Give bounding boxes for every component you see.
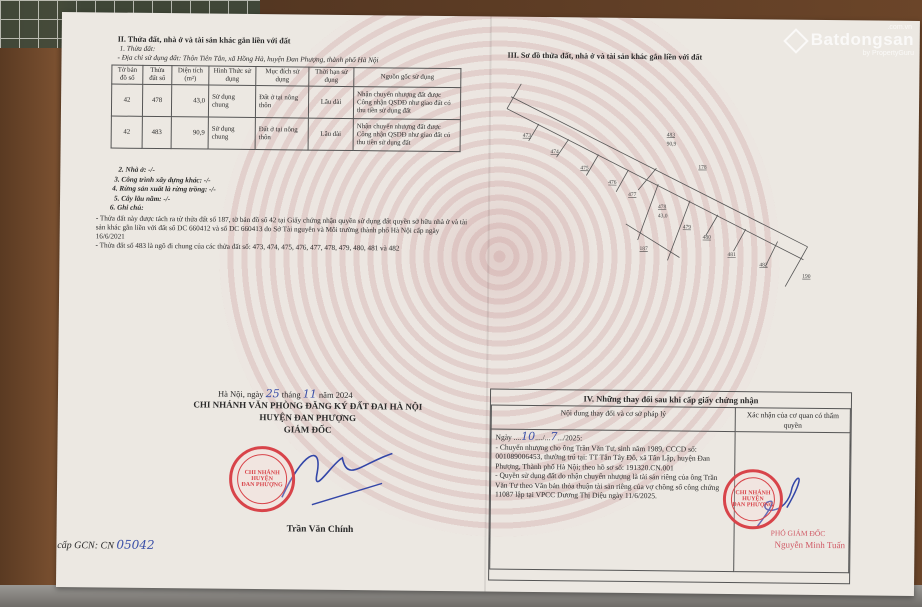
cell: Nhận chuyển nhượng đất được Công nhận QS… xyxy=(353,87,460,120)
batdongsan-logo-icon xyxy=(783,28,808,53)
change-content: Ngày ....10..../...7.../2025: - Chuyển n… xyxy=(490,429,736,572)
stamp-text: ĐAN PHƯỢNG xyxy=(241,482,282,488)
svg-text:475: 475 xyxy=(580,165,589,171)
stamp-text: HUYỆN xyxy=(742,496,764,502)
cell: Lâu dài xyxy=(308,118,353,150)
change-month: 7 xyxy=(550,430,557,443)
svg-text:478: 478 xyxy=(658,204,667,210)
stamp-text: ĐAN PHƯỢNG xyxy=(732,502,773,508)
svg-text:481: 481 xyxy=(727,252,736,258)
svg-text:480: 480 xyxy=(703,235,712,241)
col-confirm-header: Xác nhận của cơ quan có thẩm quyền xyxy=(735,408,850,433)
cell: Đất ở tại nông thôn xyxy=(255,86,308,119)
land-certificate-page: II. Thửa đất, nhà ở và tài sản khác gắn … xyxy=(56,12,920,596)
svg-text:190: 190 xyxy=(802,274,811,280)
svg-text:483: 483 xyxy=(667,132,676,138)
svg-text:178: 178 xyxy=(698,165,707,171)
year-label: năm 2024 xyxy=(319,390,353,400)
item-planted-forest: 4. Rừng sản xuất là rừng trồng: -/- xyxy=(108,184,216,195)
svg-text:473: 473 xyxy=(523,133,532,139)
watermark-domain: .com.vn xyxy=(887,24,912,31)
date-prefix: Ngày .... xyxy=(496,433,522,442)
stamp-text: HUYỆN xyxy=(251,476,273,482)
notes: - Thửa đất này được tách ra từ thửa đất … xyxy=(96,214,468,254)
change-entry-2: - Quyền sử dụng đất do nhận chuyển nhượn… xyxy=(495,471,730,502)
change-entry-1: - Chuyển nhượng cho ông Trần Văn Tư, sin… xyxy=(495,442,730,473)
section-2-sub1: 1. Thửa đất: xyxy=(120,45,156,54)
cell: Sử dụng chung xyxy=(208,117,255,149)
item-house: 2. Nhà ở: -/- xyxy=(108,165,216,176)
position: GIÁM ĐỐC xyxy=(158,422,458,437)
cell: 43,0 xyxy=(171,85,208,117)
land-parcel-table: Tờ bản đồ số Thửa đất số Diện tích (m²) … xyxy=(111,65,462,153)
svg-text:187: 187 xyxy=(640,246,649,252)
section-2-title: II. Thửa đất, nhà ở và tài sản khác gắn … xyxy=(118,35,291,46)
land-address: - Địa chỉ sử dụng đất: Thôn Tiên Tân, xã… xyxy=(117,54,378,66)
svg-text:90,9: 90,9 xyxy=(667,141,677,147)
col-term: Thời hạn sử dụng xyxy=(309,67,354,86)
cell: Nhận chuyển nhượng đất được Công nhận QS… xyxy=(353,119,460,152)
col-parcel-no: Thửa đất số xyxy=(143,65,172,84)
item-notes-label: 6. Ghi chú: xyxy=(108,203,216,214)
watermark-byline: by PropertyGuru xyxy=(787,50,914,57)
svg-text:474: 474 xyxy=(551,149,560,155)
stamp-text: CHI NHÁNH xyxy=(245,470,280,476)
confirm-signer: Nguyễn Minh Tuấn xyxy=(775,540,846,550)
watermark: .com.vn Batdongsan by PropertyGuru xyxy=(787,30,914,57)
date-prefix: Hà Nội, ngày xyxy=(218,389,264,399)
cell: Đất ở tại nông thôn xyxy=(255,118,308,151)
svg-text:476: 476 xyxy=(608,180,617,186)
svg-text:477: 477 xyxy=(628,192,637,198)
col-area: Diện tích (m²) xyxy=(172,66,209,85)
svg-text:482: 482 xyxy=(759,262,768,268)
col-map-sheet: Tờ bản đồ số xyxy=(112,65,143,84)
svg-text:479: 479 xyxy=(683,225,692,231)
col-content-header: Nội dung thay đổi và cơ sở pháp lý xyxy=(491,405,735,432)
month-label: tháng xyxy=(282,389,301,399)
section-3-title: III. Sơ đồ thửa đất, nhà ở và tài sản kh… xyxy=(508,51,703,62)
confirmation-stamp: CHI NHÁNH HUYỆN ĐAN PHƯỢNG xyxy=(723,469,784,530)
change-year: /2025: xyxy=(563,433,582,442)
watermark-brand: Batdongsan xyxy=(811,30,914,49)
official-stamp: CHI NHÁNH HUYỆN ĐAN PHƯỢNG xyxy=(229,446,296,513)
col-usage-form: Hình Thức sử dụng xyxy=(209,66,256,85)
table-row: 42 483 90,9 Sử dụng chung Đất ở tại nông… xyxy=(111,116,460,152)
svg-text:43,0: 43,0 xyxy=(658,213,668,219)
cell: 478 xyxy=(142,84,171,116)
registry-label: Số vào sổ cấp GCN: CN xyxy=(56,540,114,552)
col-purpose: Mục đích sử dụng xyxy=(256,67,309,87)
registry-value: 05042 xyxy=(116,538,154,552)
change-day: 10 xyxy=(521,430,535,443)
signer-name: Trần Văn Chính xyxy=(287,524,354,535)
col-origin: Nguồn gốc sử dụng xyxy=(354,68,461,88)
registry-number: Số vào sổ cấp GCN: CN 05042 xyxy=(56,537,155,552)
stamp-text: CHI NHÁNH xyxy=(735,490,770,496)
cell: 483 xyxy=(142,116,171,148)
parcel-diagram: 4734744754764774784794804814824831781871… xyxy=(497,79,839,303)
section-2-items: 2. Nhà ở: -/- 3. Công trình xây dựng khá… xyxy=(108,165,216,214)
cell: 90,9 xyxy=(171,117,208,149)
cell: 42 xyxy=(111,84,142,116)
cell: 42 xyxy=(111,116,142,148)
table-row: 42 478 43,0 Sử dụng chung Đất ở tại nông… xyxy=(111,84,460,120)
cell: Sử dụng chung xyxy=(208,85,255,117)
cell: Lâu dài xyxy=(308,86,353,118)
signing-authority: CHI NHÁNH VĂN PHÒNG ĐĂNG KÝ ĐẤT ĐAI HÀ N… xyxy=(158,398,458,437)
note-1: - Thửa đất này được tách ra từ thửa đất … xyxy=(96,214,468,245)
